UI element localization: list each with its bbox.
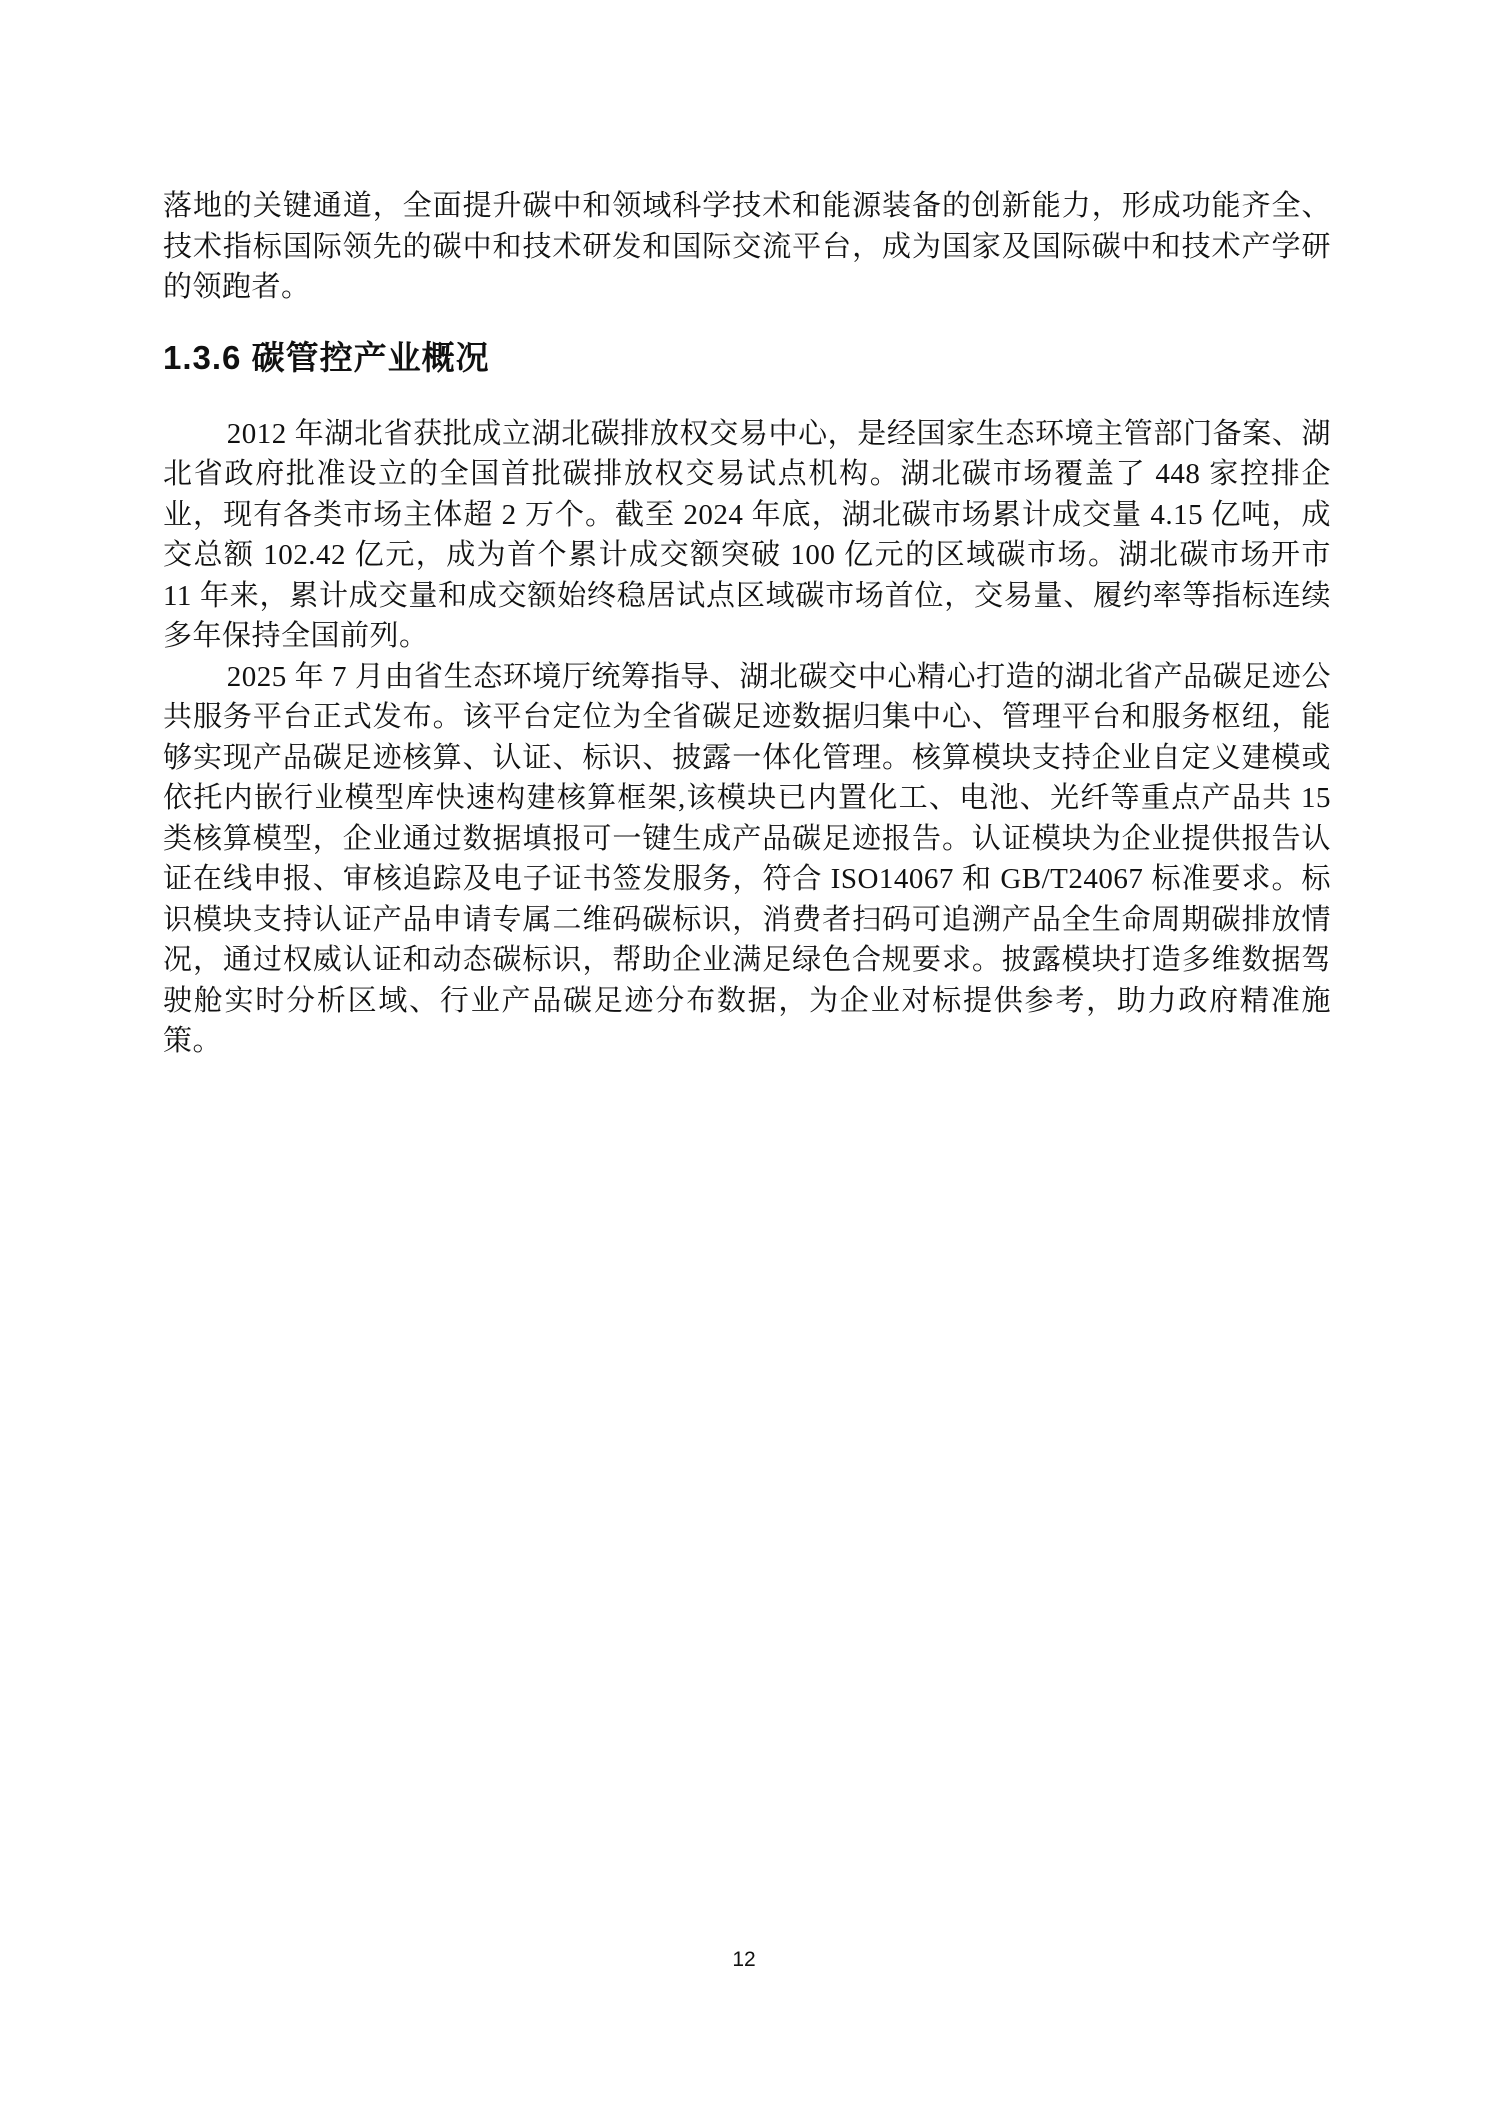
paragraph-carbon-footprint-platform: 2025 年 7 月由省生态环境厅统筹指导、湖北碳交中心精心打造的湖北省产品碳足… <box>163 657 1331 1062</box>
section-heading: 1.3.6 碳管控产业概况 <box>163 339 1331 377</box>
page-content: 落地的关键通道，全面提升碳中和领域科学技术和能源装备的创新能力，形成功能齐全、技… <box>163 186 1331 1062</box>
document-page: 落地的关键通道，全面提升碳中和领域科学技术和能源装备的创新能力，形成功能齐全、技… <box>0 0 1488 2104</box>
paragraph-carbon-market: 2012 年湖北省获批成立湖北碳排放权交易中心，是经国家生态环境主管部门备案、湖… <box>163 414 1331 657</box>
page-number: 12 <box>0 1948 1488 1972</box>
paragraph-intro: 落地的关键通道，全面提升碳中和领域科学技术和能源装备的创新能力，形成功能齐全、技… <box>163 186 1331 308</box>
